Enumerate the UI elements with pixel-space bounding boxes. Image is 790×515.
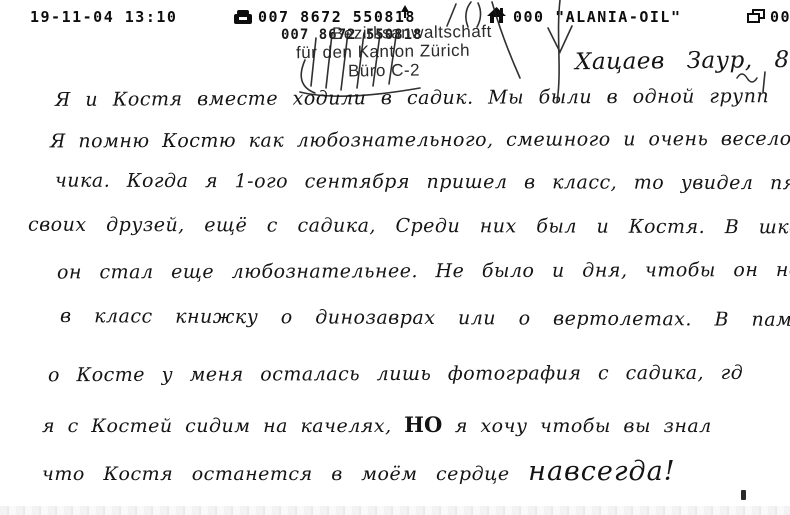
scan-speck — [741, 490, 746, 500]
letter-line-5: он стал еще любознательнее. Не было и дн… — [57, 259, 790, 284]
letter-line-7: о Косте у меня осталась лишь фотография … — [48, 362, 743, 386]
letter-line-9-text: что Костя останется в моём сердце — [42, 463, 528, 485]
scan-noise-band — [0, 506, 790, 515]
fax-machine-icon — [233, 10, 253, 30]
letter-line-1: Я и Костя вместе ходили в садик. Мы были… — [55, 85, 769, 111]
fax-scan-page: 19-11-04 13:10 007 8672 550818 000 "ALAN… — [0, 0, 790, 515]
letter-line-9-emphasis-forever: навсегда! — [528, 456, 675, 487]
letter-line-3: чика. Когда я 1-ого сентября пришел в кл… — [55, 170, 790, 195]
letter-line-8-text: я с Костей сидим на качелях, — [42, 415, 404, 437]
letter-line-8: я с Костей сидим на качелях, НО я хочу ч… — [42, 412, 712, 437]
letter-line-4: своих друзей, ещё с садика, Среди них бы… — [28, 214, 790, 239]
letter-line-8-tail: я хочу чтобы вы знал — [442, 415, 711, 437]
fax-datetime: 19-11-04 13:10 — [30, 8, 177, 26]
letter-line-6: в класс книжку о динозаврах или о вертол… — [60, 305, 790, 331]
letter-line-9: что Костя останется в моём сердце навсег… — [42, 456, 676, 487]
letter-line-2: Я помню Костю как любознательного, смешн… — [50, 128, 790, 153]
handwritten-author-name: Хацаев Заур, 8„ — [575, 47, 790, 75]
letter-line-8-emphasis-no: НО — [404, 412, 442, 437]
